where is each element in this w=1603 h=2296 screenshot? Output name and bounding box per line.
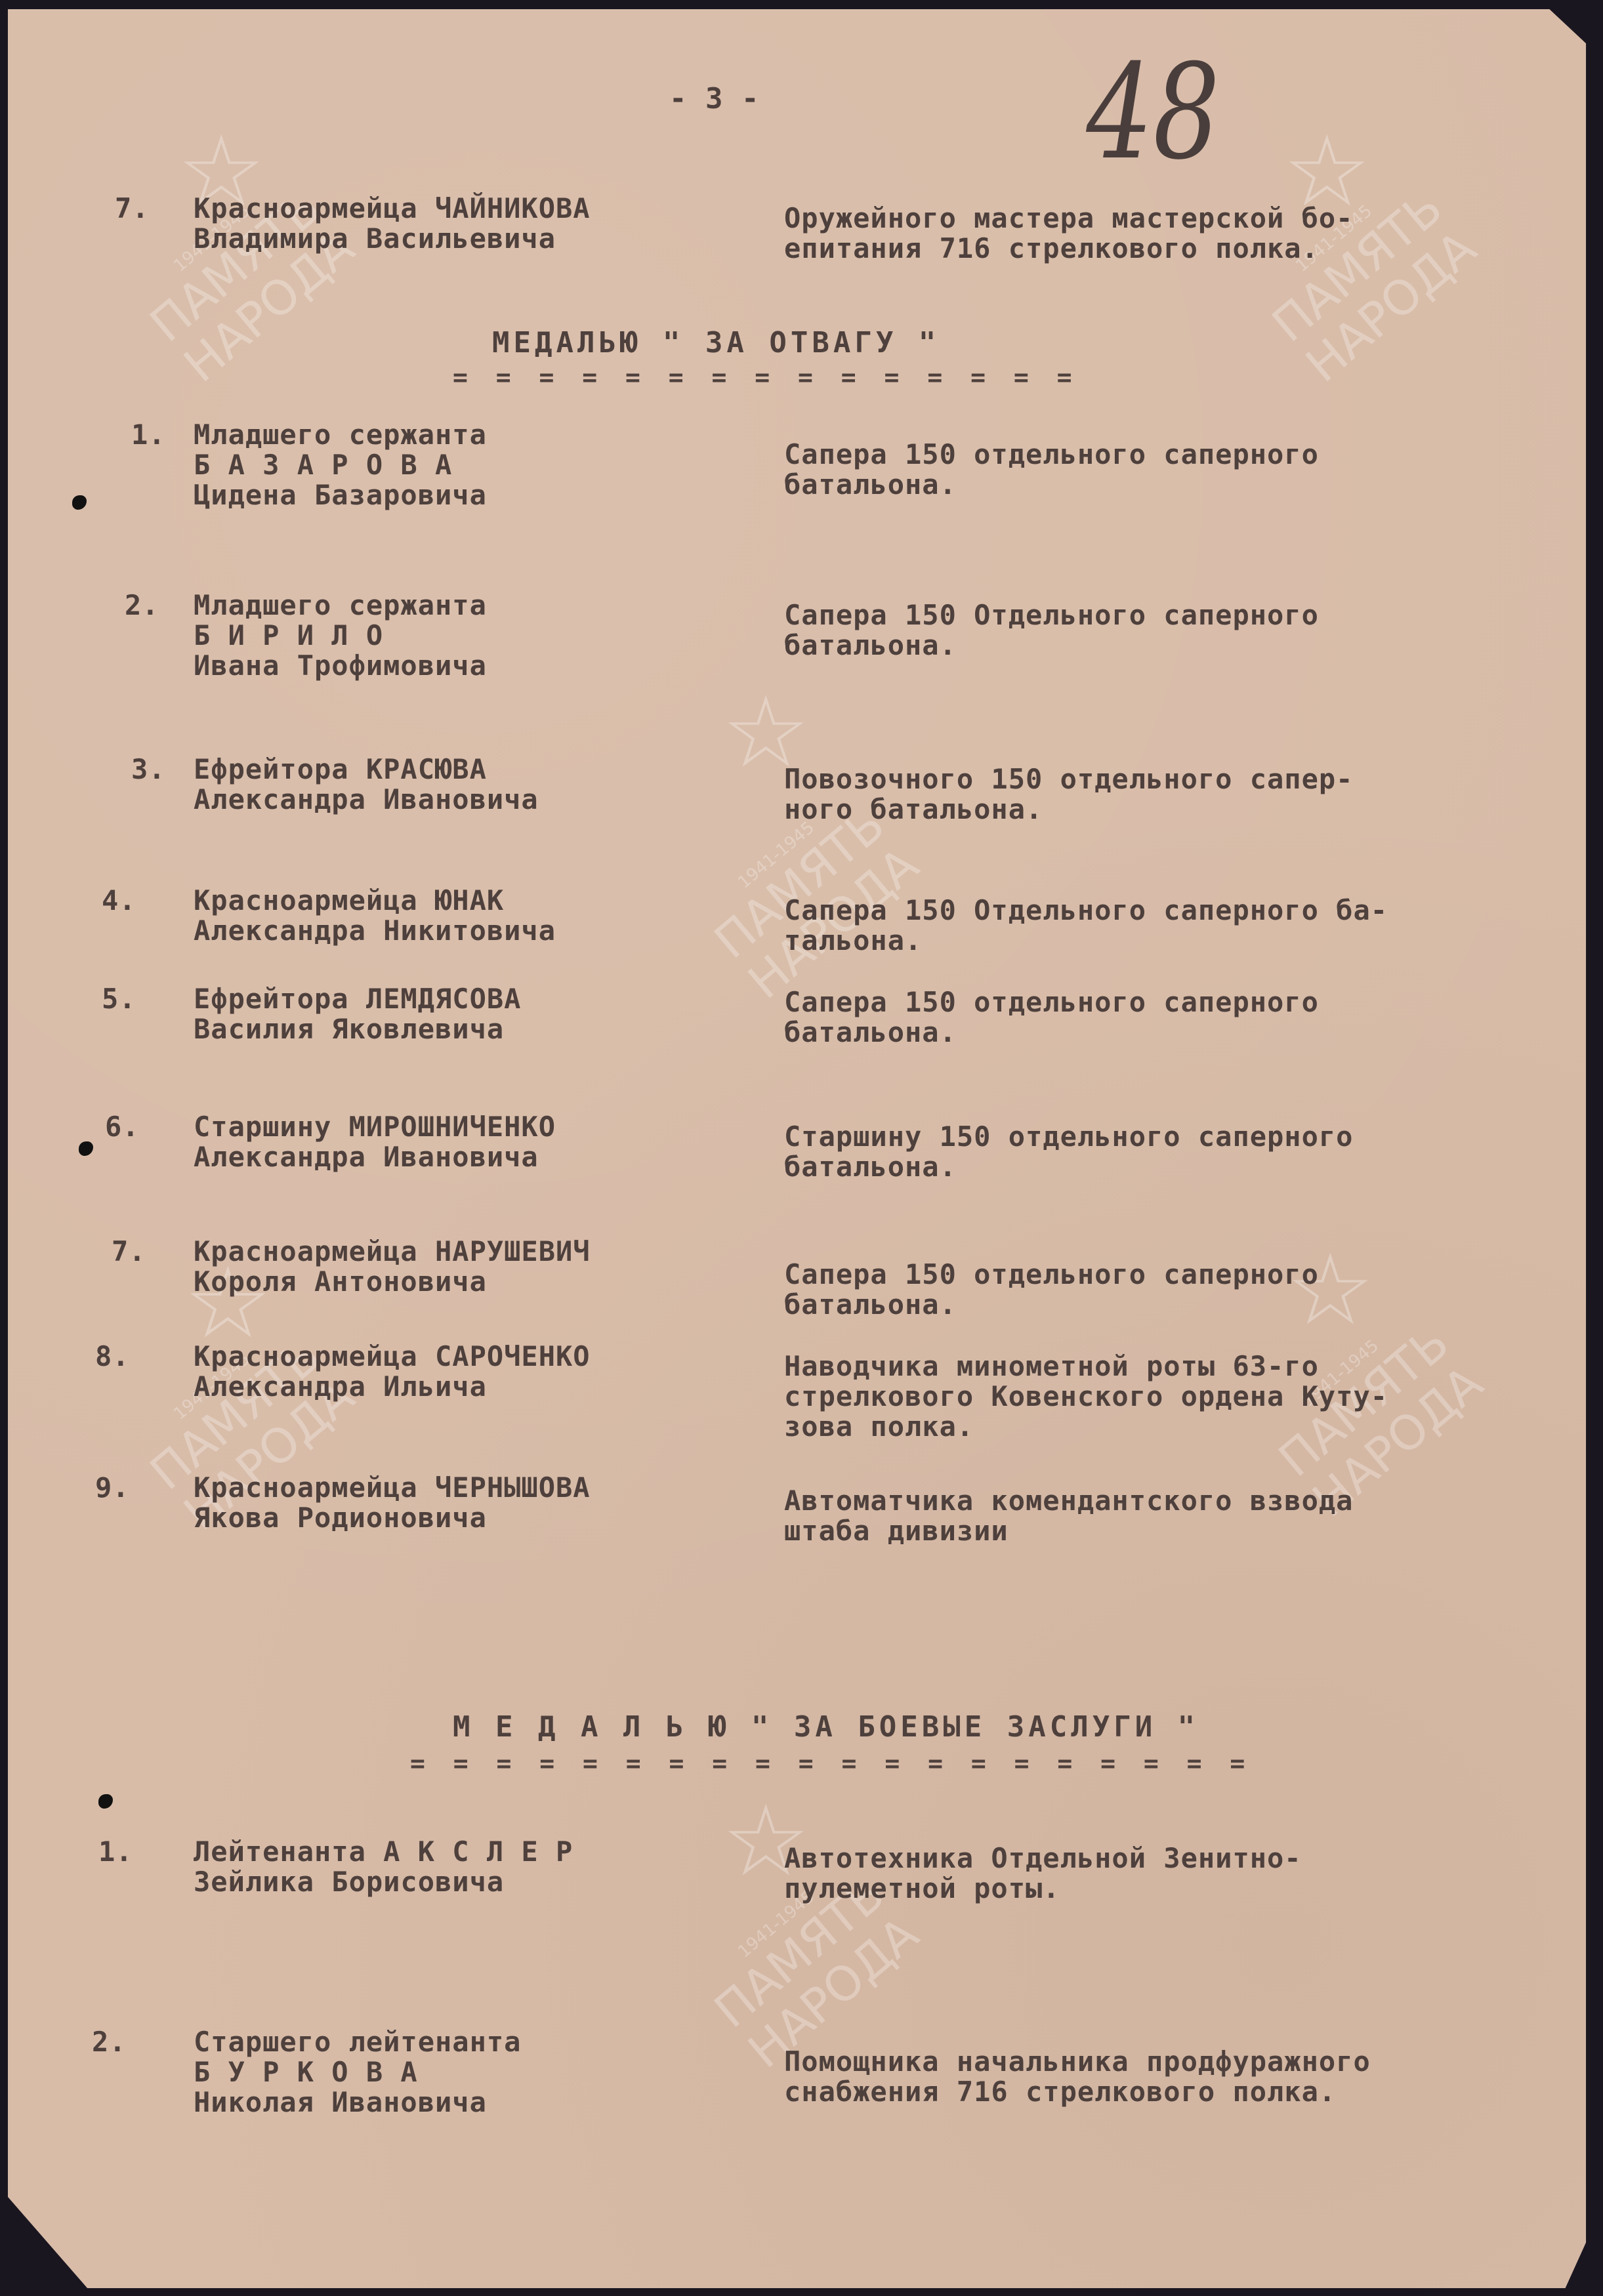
entry-name-line: Короля Антоновича xyxy=(194,1267,487,1297)
entry-name-line: Красноармейца НАРУШЕВИЧ xyxy=(194,1237,591,1267)
entry-role-line: Наводчика минометной роты 63-го xyxy=(784,1351,1319,1382)
entry-number: 5. xyxy=(102,984,136,1014)
heading-underline: = = = = = = = = = = = = = = = = = = = = xyxy=(410,1748,1251,1778)
entry-role-line: зова полка. xyxy=(784,1412,974,1442)
entry-role-line: ного батальона. xyxy=(784,794,1043,825)
entry-name-line: Б И Р И Л О xyxy=(194,621,383,651)
entry-role-line: снабжения 716 стрелкового полка. xyxy=(784,2077,1336,2107)
entry-number: 9. xyxy=(95,1473,130,1503)
entry-role-line: стрелкового Ковенского ордена Куту- xyxy=(784,1382,1388,1412)
entry-name-line: Красноармейца ЧЕРНЫШОВА xyxy=(194,1473,591,1503)
entry-name-line: Ефрейтора ЛЕМДЯСОВА xyxy=(194,984,521,1014)
entry-role-line: батальона. xyxy=(784,630,957,661)
entry-number: 2. xyxy=(92,2027,127,2057)
entry-role-line: батальона. xyxy=(784,1152,957,1182)
entry-name-line: Александра Ильича xyxy=(194,1372,487,1402)
entry-name-line: Красноармейца САРОЧЕНКО xyxy=(194,1342,591,1372)
entry-role-line: епитания 716 стрелкового полка. xyxy=(784,234,1319,264)
entry-role-line: Автотехника Отдельной Зенитно- xyxy=(784,1843,1302,1874)
section-heading: М Е Д А Л Ь Ю " ЗА БОЕВЫЕ ЗАСЛУГИ " xyxy=(453,1712,1199,1742)
entry-name-line: Старшину МИРОШНИЧЕНКО xyxy=(194,1112,556,1142)
section-heading: МЕДАЛЬЮ " ЗА ОТВАГУ " xyxy=(492,328,940,358)
entry-name-line: Николая Ивановича xyxy=(194,2087,487,2118)
entry-number: 4. xyxy=(102,886,136,916)
entry-name-line: Владимира Васильевича xyxy=(194,224,556,254)
entry-role-line: Повозочного 150 отдельного сапер- xyxy=(784,764,1353,794)
entry-role-line: Сапера 150 отдельного саперного xyxy=(784,440,1319,470)
entry-name-line: Александра Ивановича xyxy=(194,785,539,815)
entry-role-line: Сапера 150 отдельного саперного xyxy=(784,1260,1319,1290)
entry-name-line: Лейтенанта А К С Л Е Р xyxy=(194,1837,573,1867)
entry-name-line: Якова Родионовича xyxy=(194,1503,487,1533)
entry-name-line: Зейлика Борисовича xyxy=(194,1867,504,1897)
entry-role-line: тальона. xyxy=(784,926,922,956)
entry-role-line: Сапера 150 Отдельного саперного ба- xyxy=(784,895,1388,926)
entry-role-line: батальона. xyxy=(784,1290,957,1320)
page-number: - 3 - xyxy=(669,84,759,114)
entry-name-line: Красноармейца ЮНАК xyxy=(194,886,504,916)
entry-name-line: Александра Никитовича xyxy=(194,916,556,946)
entry-number: 1. xyxy=(98,1837,133,1867)
watermark-star-icon: ☆ xyxy=(1286,1233,1374,1347)
entry-name-line: Ефрейтора КРАСЮВА xyxy=(194,754,487,785)
entry-number: 8. xyxy=(95,1342,130,1372)
entry-number: 1. xyxy=(131,420,166,450)
entry-role-line: штаба дивизии xyxy=(784,1516,1009,1546)
heading-underline: = = = = = = = = = = = = = = = xyxy=(453,362,1078,392)
entry-role-line: батальона. xyxy=(784,470,957,500)
entry-name-line: Б А З А Р О В А xyxy=(194,450,452,480)
entry-number: 6. xyxy=(105,1112,140,1142)
handwritten-sheet-number: 48 xyxy=(1086,36,1220,189)
entry-role-line: батальона. xyxy=(784,1017,957,1048)
entry-number: 3. xyxy=(131,754,166,785)
entry-name-line: Младшего сержанта xyxy=(194,590,487,621)
entry-number: 7. xyxy=(115,194,150,224)
entry-number: 7. xyxy=(112,1237,146,1267)
entry-name-line: Красноармейца ЧАЙНИКОВА xyxy=(194,194,591,224)
entry-name-line: Ивана Трофимовича xyxy=(194,651,487,681)
entry-role-line: пулеметной роты. xyxy=(784,1874,1060,1904)
entry-role-line: Автоматчика комендантского взвода xyxy=(784,1486,1353,1516)
entry-role-line: Сапера 150 отдельного саперного xyxy=(784,987,1319,1017)
entry-number: 2. xyxy=(125,590,159,621)
entry-name-line: Старшего лейтенанта xyxy=(194,2027,521,2057)
entry-role-line: Сапера 150 Отдельного саперного xyxy=(784,600,1319,630)
entry-role-line: Помощника начальника продфуражного xyxy=(784,2047,1371,2077)
entry-name-line: Цидена Базаровича xyxy=(194,480,487,510)
entry-role-line: Оружейного мастера мастерской бо- xyxy=(784,203,1353,234)
entry-name-line: Б У Р К О В А xyxy=(194,2057,418,2087)
entry-name-line: Александра Ивановича xyxy=(194,1142,539,1172)
entry-role-line: Старшину 150 отдельного саперного xyxy=(784,1122,1353,1152)
entry-name-line: Василия Яковлевича xyxy=(194,1014,504,1044)
entry-name-line: Младшего сержанта xyxy=(194,420,487,450)
